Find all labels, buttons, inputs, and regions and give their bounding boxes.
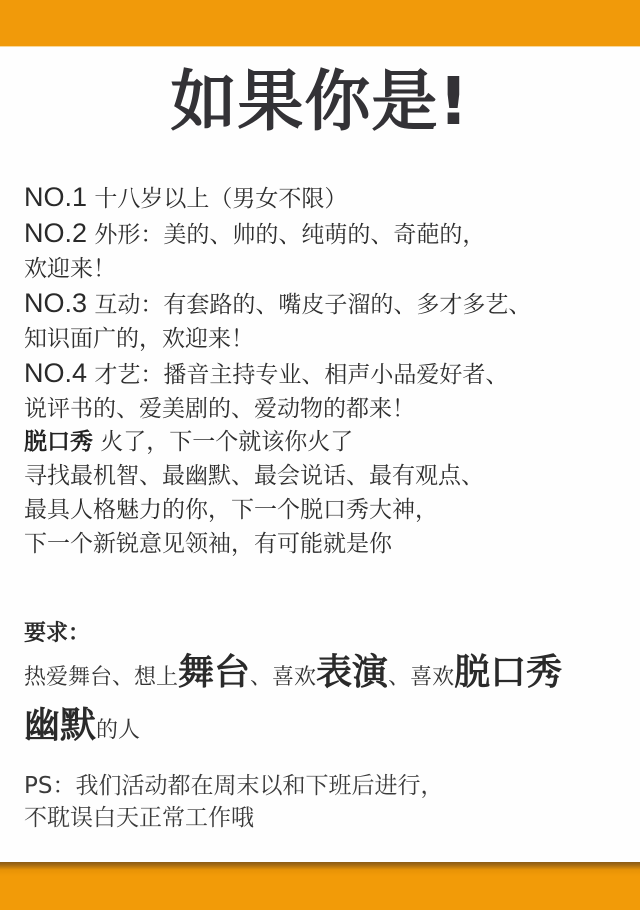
req-seg-2: 、喜欢	[250, 665, 316, 690]
req-highlight-talkshow: 脱口秀	[454, 652, 562, 693]
criteria-label: NO.2	[24, 218, 87, 248]
req-highlight-perform: 表演	[316, 652, 388, 693]
requirements-text: 热爱舞台、想上舞台、喜欢表演、喜欢脱口秀 幽默的人	[24, 648, 624, 754]
requirements-label: 要求：	[24, 616, 624, 647]
criteria-label: NO.4	[24, 358, 87, 388]
criteria-label: NO.1	[24, 182, 87, 212]
talkshow-line-4: 下一个新锐意见领袖，有可能就是你	[24, 527, 624, 561]
criteria-text: 互动：有套路的、嘴皮子溜的、多才多艺、	[94, 292, 531, 318]
criteria-item-2: NO.2 外形：美的、帅的、纯萌的、奇葩的，	[24, 216, 624, 252]
req-highlight-humor: 幽默	[24, 705, 96, 746]
talkshow-line-2: 寻找最机智、最幽默、最会说话、最有观点、	[24, 459, 624, 493]
criteria-text: 外形：美的、帅的、纯萌的、奇葩的，	[94, 222, 485, 248]
req-seg-4: 的人	[96, 718, 140, 743]
ps-line-1: PS：我们活动都在周末以和下班后进行，	[24, 770, 624, 802]
talkshow-line-1: 脱口秀 火了，下一个就该你火了	[24, 425, 624, 459]
talkshow-paragraph: 脱口秀 火了，下一个就该你火了 寻找最机智、最幽默、最会说话、最有观点、 最具人…	[24, 425, 624, 561]
criteria-text: 才艺：播音主持专业、相声小品爱好者、	[94, 362, 508, 388]
criteria-item-3-cont: 知识面广的，欢迎来！	[24, 322, 624, 356]
criteria-item-1: NO.1 十八岁以上（男女不限）	[24, 180, 624, 216]
requirements-line-1: 热爱舞台、想上舞台、喜欢表演、喜欢脱口秀	[24, 648, 624, 703]
ps-note: PS：我们活动都在周末以和下班后进行， 不耽误白天正常工作哦	[24, 770, 624, 834]
criteria-list: NO.1 十八岁以上（男女不限） NO.2 外形：美的、帅的、纯萌的、奇葩的， …	[24, 180, 624, 426]
criteria-text: 十八岁以上（男女不限）	[94, 186, 347, 212]
talkshow-line-3: 最具人格魅力的你，下一个脱口秀大神，	[24, 493, 624, 527]
req-seg-3: 、喜欢	[388, 665, 454, 690]
criteria-item-4-cont: 说评书的、爱美剧的、爱动物的都来！	[24, 392, 624, 426]
talkshow-highlight: 脱口秀	[24, 429, 93, 455]
criteria-item-2-cont: 欢迎来！	[24, 252, 624, 286]
requirements-line-2: 幽默的人	[24, 703, 624, 754]
top-orange-bar	[0, 0, 640, 47]
ps-line-2: 不耽误白天正常工作哦	[24, 802, 624, 834]
criteria-item-4: NO.4 才艺：播音主持专业、相声小品爱好者、	[24, 356, 624, 392]
talkshow-line-1-rest: 火了，下一个就该你火了	[93, 429, 353, 455]
bottom-orange-bar	[0, 862, 640, 910]
req-seg-1: 热爱舞台、想上	[24, 665, 178, 690]
page-title: 如果你是!	[0, 62, 640, 142]
criteria-label: NO.3	[24, 288, 87, 318]
req-highlight-stage: 舞台	[178, 652, 250, 693]
criteria-item-3: NO.3 互动：有套路的、嘴皮子溜的、多才多艺、	[24, 286, 624, 322]
